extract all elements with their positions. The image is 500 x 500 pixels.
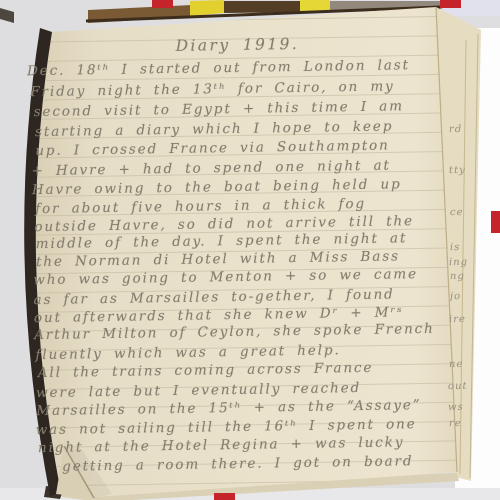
- page-edge-fragment: is: [450, 242, 471, 253]
- page-edge-fragment: jo: [450, 291, 471, 302]
- page-edge-fragment: ce: [450, 207, 471, 218]
- page-edge-fragment: ws: [448, 402, 469, 413]
- ruled-lines: [36, 7, 457, 497]
- page-edge-fragment: ire: [449, 314, 470, 325]
- page-edge-fragment: rd: [449, 124, 470, 135]
- auction-photo: Diary 1919. Dec. 18ᵗʰ I started out from…: [0, 0, 500, 500]
- red-edge-marker-right: [491, 211, 500, 233]
- red-edge-marker-bottom: [214, 493, 235, 500]
- wood-segment-dark: [224, 1, 302, 13]
- page-edge-fragment: re: [449, 418, 470, 429]
- red-edge-marker-top-left: [152, 0, 173, 8]
- yellow-tape-mark: [300, 0, 330, 11]
- page-edge-fragment: ing: [449, 257, 470, 268]
- page-edge-fragment: tty: [449, 165, 470, 176]
- page-edge-fragment: ne: [449, 359, 470, 370]
- page-edge-fragment: ng: [450, 271, 471, 282]
- red-edge-marker-top-right: [440, 0, 461, 8]
- diary-photo-scene: [0, 0, 500, 500]
- page-edge-fragment: out: [448, 381, 469, 392]
